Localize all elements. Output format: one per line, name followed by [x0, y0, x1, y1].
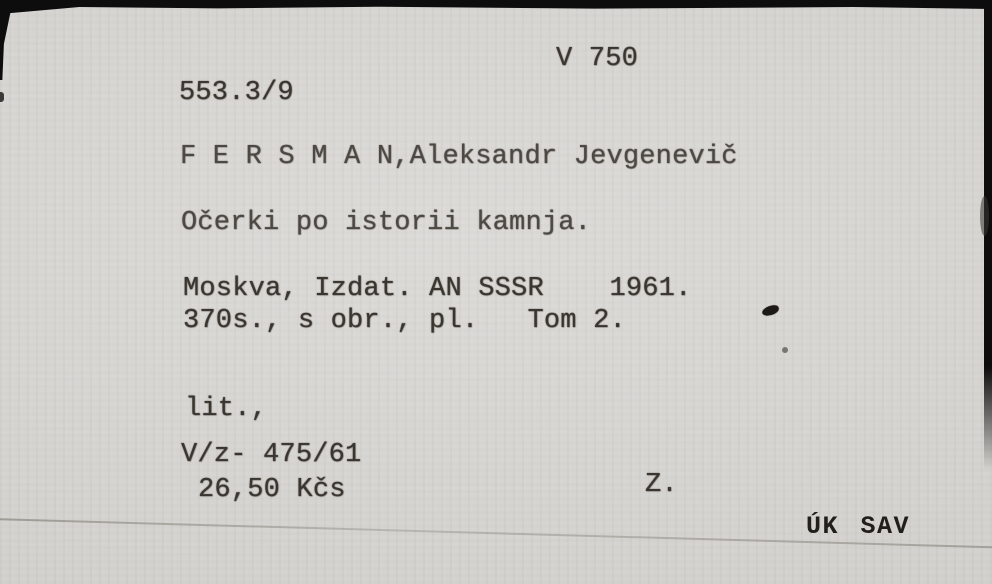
shelf-mark: V 750 [556, 46, 638, 73]
collation-line: 370s., s obr., pl. Tom 2. [183, 308, 626, 335]
ink-blot [761, 304, 780, 317]
ink-dot [782, 347, 788, 353]
scan-edge-top [0, 0, 992, 14]
classification-number: 553.3/9 [179, 80, 294, 107]
imprint-line: Moskva, Izdat. AN SSSR 1961. [183, 276, 691, 303]
note-line: lit., [185, 396, 267, 423]
catalog-card: V 750 553.3/9 F E R S M A N,Aleksandr Je… [0, 0, 992, 584]
scan-edge-speck [0, 92, 4, 102]
author-heading: F E R S M A N,Aleksandr Jevgenevič [180, 144, 738, 171]
accession-number: V/z- 475/61 [181, 442, 361, 469]
section-mark: Z. [645, 472, 678, 499]
scan-edge-smudge [980, 196, 989, 236]
price: 26,50 Kčs [198, 477, 346, 504]
title-line: Očerki po istorii kamnja. [181, 210, 591, 237]
library-stamp: ÚK SAV [806, 514, 910, 539]
